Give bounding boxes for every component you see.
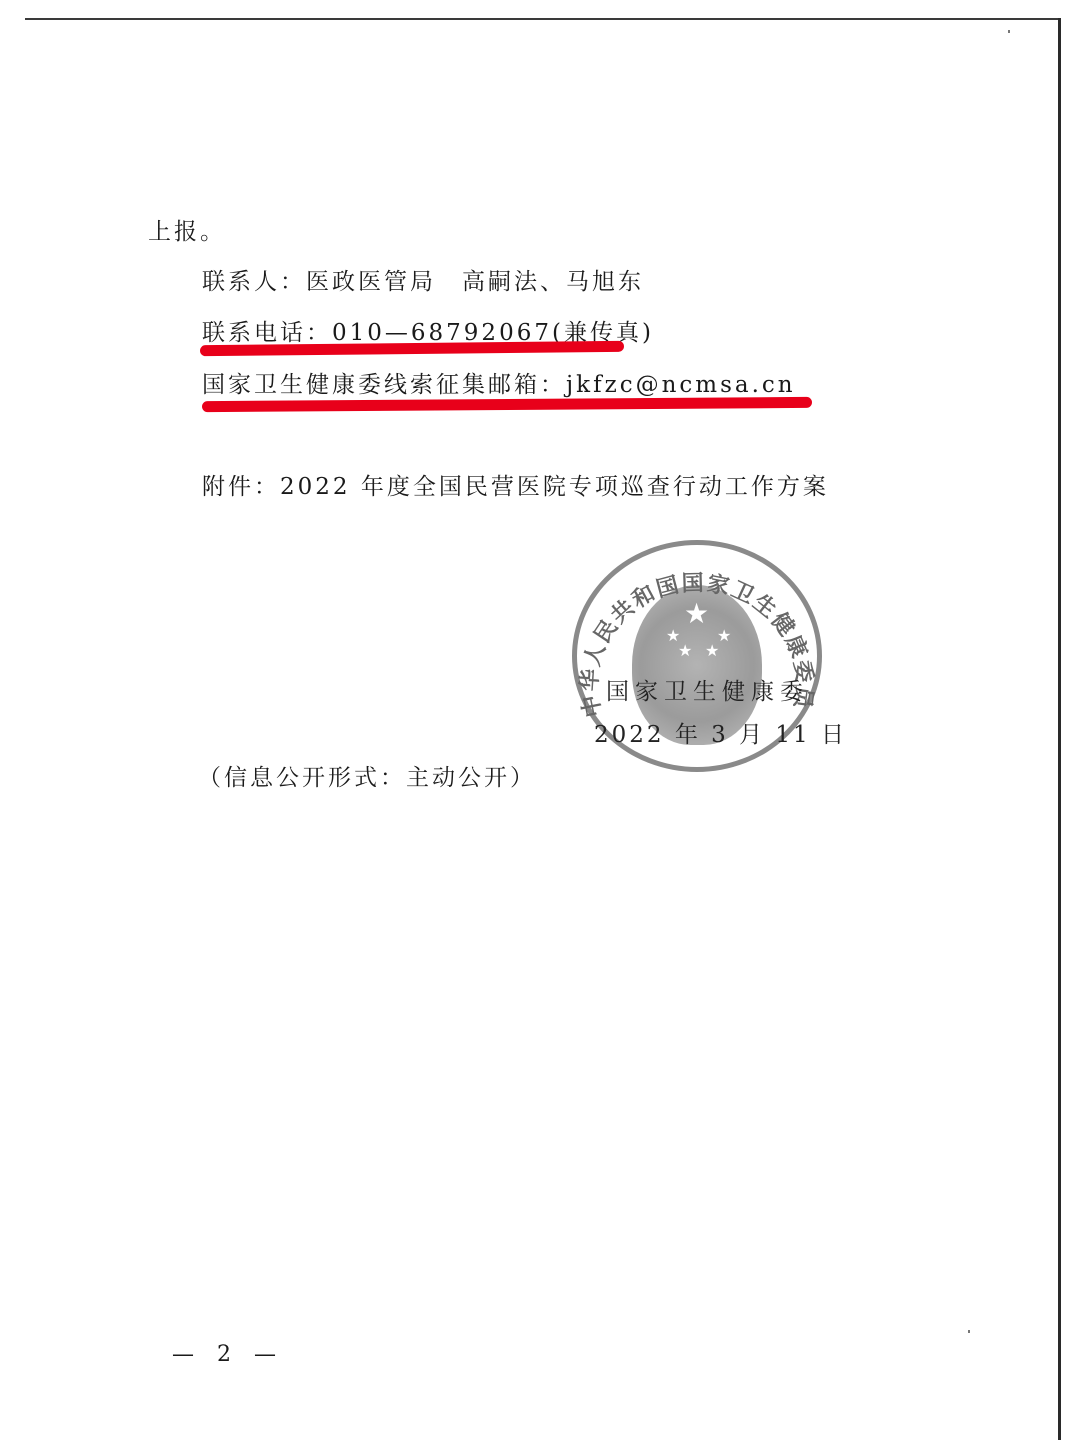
email-highlight-underline [202, 397, 812, 412]
disclosure-note: （信息公开形式：主动公开） [198, 759, 536, 792]
continuation-text: 上报。 [148, 213, 226, 246]
page-border-right [1058, 18, 1061, 1440]
page-number: — 2 — [172, 1342, 284, 1367]
scan-speck [968, 1330, 970, 1333]
attachment-line: 附件：2022 年度全国民营医院专项巡查行动工作方案 [202, 468, 829, 501]
contact-person: 联系人：医政医管局 高嗣法、马旭东 [202, 263, 644, 296]
scan-speck [1008, 30, 1010, 33]
page-border-top [25, 18, 1061, 20]
issuer-name: 国家卫生健康委 [606, 673, 809, 706]
issue-date: 2022 年 3 月 11 日 [594, 716, 847, 749]
contact-email: 国家卫生健康委线索征集邮箱：jkfzc@ncmsa.cn [202, 366, 796, 399]
